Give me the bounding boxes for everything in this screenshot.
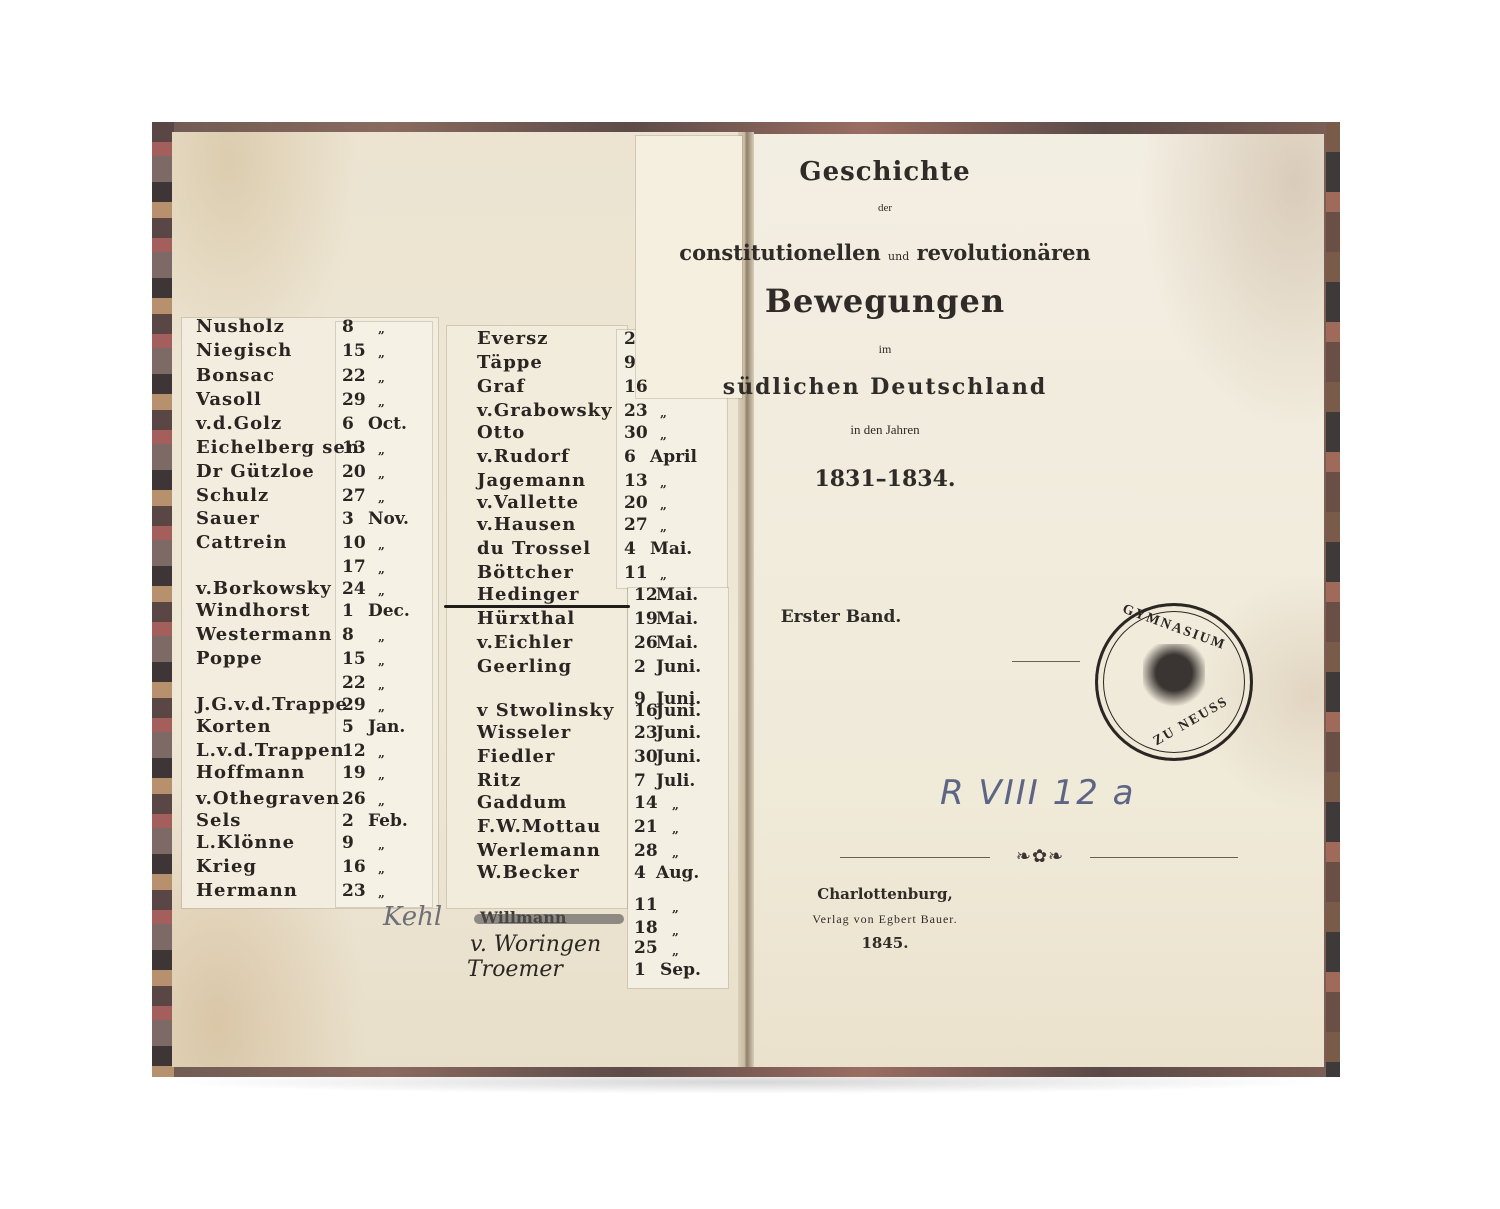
list-month: „ xyxy=(378,838,385,852)
volume-label: Erster Band. xyxy=(554,607,1128,627)
list-name: Schulz xyxy=(196,485,269,506)
handwritten-name: Troemer xyxy=(467,957,563,982)
list-name: Wisseler xyxy=(477,722,571,743)
list-day: 12 xyxy=(342,741,366,761)
list-name: Sauer xyxy=(196,508,260,529)
list-name: Hedinger xyxy=(477,584,580,605)
list-month: „ xyxy=(378,654,385,668)
list-month: „ xyxy=(378,371,385,385)
list-day: 22 xyxy=(342,673,366,693)
title-line: Bewegungen xyxy=(598,282,1172,320)
rule-right xyxy=(1090,857,1238,858)
list-name: L.v.d.Trappen xyxy=(196,740,345,761)
list-month: Oct. xyxy=(368,414,407,434)
list-name: Niegisch xyxy=(196,340,292,361)
list-month: „ xyxy=(378,538,385,552)
list-day: 17 xyxy=(342,557,366,577)
list-month: „ xyxy=(378,443,385,457)
list-month: „ xyxy=(378,678,385,692)
list-name: Windhorst xyxy=(196,600,310,621)
list-name: du Trossel xyxy=(477,538,591,559)
list-name: Täppe xyxy=(477,352,543,373)
title-line: im xyxy=(598,342,1172,357)
list-name: W.Becker xyxy=(477,862,580,883)
list-name: Korten xyxy=(196,716,272,737)
list-day: 16 xyxy=(342,857,366,877)
list-day: 24 xyxy=(342,579,366,599)
list-day: 6 xyxy=(342,414,354,434)
list-name: Bonsac xyxy=(196,365,275,386)
list-name: Cattrein xyxy=(196,532,287,553)
list-month: „ xyxy=(378,584,385,598)
list-day: 19 xyxy=(342,763,366,783)
list-name: Graf xyxy=(477,376,525,397)
imprint-year: 1845. xyxy=(598,934,1172,952)
list-month: „ xyxy=(378,346,385,360)
list-month: „ xyxy=(378,794,385,808)
list-month: „ xyxy=(378,491,385,505)
list-day: 29 xyxy=(342,390,366,410)
list-month: „ xyxy=(378,395,385,409)
list-month: „ xyxy=(378,862,385,876)
title-word: revolutionären xyxy=(917,240,1091,265)
list-day: 8 xyxy=(342,625,354,645)
imprint-place: Charlottenburg, xyxy=(598,885,1172,903)
list-name: v.Rudorf xyxy=(477,446,570,467)
list-name: Nusholz xyxy=(196,316,285,337)
list-name: Sels xyxy=(196,810,241,831)
title-years: 1831–1834. xyxy=(598,466,1172,492)
short-rule xyxy=(1012,661,1080,662)
list-day: 22 xyxy=(342,366,366,386)
list-name: Geerling xyxy=(477,656,572,677)
pencil-name: Kehl xyxy=(383,902,442,932)
list-month: Dec. xyxy=(368,601,410,621)
list-name: L.Klönne xyxy=(196,832,295,853)
handwritten-name: v. Woringen xyxy=(470,932,601,957)
list-day: 1 xyxy=(342,601,354,621)
title-line: südlichen Deutschland xyxy=(598,374,1172,400)
list-name: Ritz xyxy=(477,770,521,791)
list-name: Böttcher xyxy=(477,562,574,583)
list-day: 3 xyxy=(342,509,354,529)
list-day: 10 xyxy=(342,533,366,553)
list-day: 27 xyxy=(342,486,366,506)
list-name: J.G.v.d.Trappe xyxy=(196,694,348,715)
library-stamp: GYMNASIUM ZU NEUSS xyxy=(1095,603,1253,761)
list-name: Poppe xyxy=(196,648,263,669)
list-day: 15 xyxy=(342,341,366,361)
list-month: Feb. xyxy=(368,811,408,831)
list-month: „ xyxy=(378,768,385,782)
rule-left xyxy=(840,857,990,858)
list-name: Vasoll xyxy=(196,389,262,410)
title-word: constitutionellen xyxy=(679,240,880,265)
list-month: „ xyxy=(378,562,385,576)
list-name: Gaddum xyxy=(477,792,567,813)
list-name: v.Eichler xyxy=(477,632,573,653)
title-word: und xyxy=(888,250,909,263)
list-name: Hermann xyxy=(196,880,298,901)
list-name: v Stwolinsky xyxy=(477,700,614,721)
list-month: „ xyxy=(378,700,385,714)
list-name: Krieg xyxy=(196,856,257,877)
handwritten-shelfmark: R VIII 12 a xyxy=(940,773,1136,813)
list-day: 13 xyxy=(342,438,366,458)
imprint-publisher: Verlag von Egbert Bauer. xyxy=(598,912,1172,927)
cover-edge-left xyxy=(152,122,174,1077)
list-month: „ xyxy=(378,886,385,900)
list-day: 5 xyxy=(342,717,354,737)
cover-edge-right xyxy=(1326,122,1340,1077)
list-day: 8 xyxy=(342,317,354,337)
list-name: Eichelberg sen xyxy=(196,437,360,458)
ornament-icon: ❧✿❧ xyxy=(990,846,1090,868)
list-name: v.Grabowsky xyxy=(477,400,613,421)
list-day: 1 xyxy=(634,960,646,980)
list-day: 2 xyxy=(342,811,354,831)
eagle-icon xyxy=(1143,644,1205,716)
list-month: „ xyxy=(378,746,385,760)
list-name: Werlemann xyxy=(477,840,601,861)
title-line: in den Jahren xyxy=(598,422,1172,438)
list-name: v.Hausen xyxy=(477,514,576,535)
title-line: der xyxy=(598,202,1172,214)
list-name: Jagemann xyxy=(477,470,586,491)
list-name: v.Othegraven xyxy=(196,788,340,809)
list-name: Fiedler xyxy=(477,746,555,767)
list-name: Otto xyxy=(477,422,525,443)
list-name: v.Borkowsky xyxy=(196,578,332,599)
title-line: Geschichte xyxy=(598,157,1172,187)
title-line: constitutionellen und revolutionären xyxy=(598,240,1172,265)
list-name: v.Vallette xyxy=(477,492,579,513)
list-day: 23 xyxy=(342,881,366,901)
list-name: Dr Gützloe xyxy=(196,461,315,482)
list-month: Jan. xyxy=(368,717,405,737)
list-month: Sep. xyxy=(660,960,701,980)
list-day: 29 xyxy=(342,695,366,715)
list-name: Eversz xyxy=(477,328,548,349)
list-name: Westermann xyxy=(196,624,332,645)
list-month: „ xyxy=(378,467,385,481)
list-day: 15 xyxy=(342,649,366,669)
list-day: 20 xyxy=(342,462,366,482)
list-month: „ xyxy=(378,322,385,336)
list-day: 9 xyxy=(342,833,354,853)
list-name: v.d.Golz xyxy=(196,413,282,434)
list-name: F.W.Mottau xyxy=(477,816,601,837)
list-month: „ xyxy=(378,630,385,644)
list-name: Hoffmann xyxy=(196,762,305,783)
list-month: Nov. xyxy=(368,509,409,529)
list-day: 26 xyxy=(342,789,366,809)
